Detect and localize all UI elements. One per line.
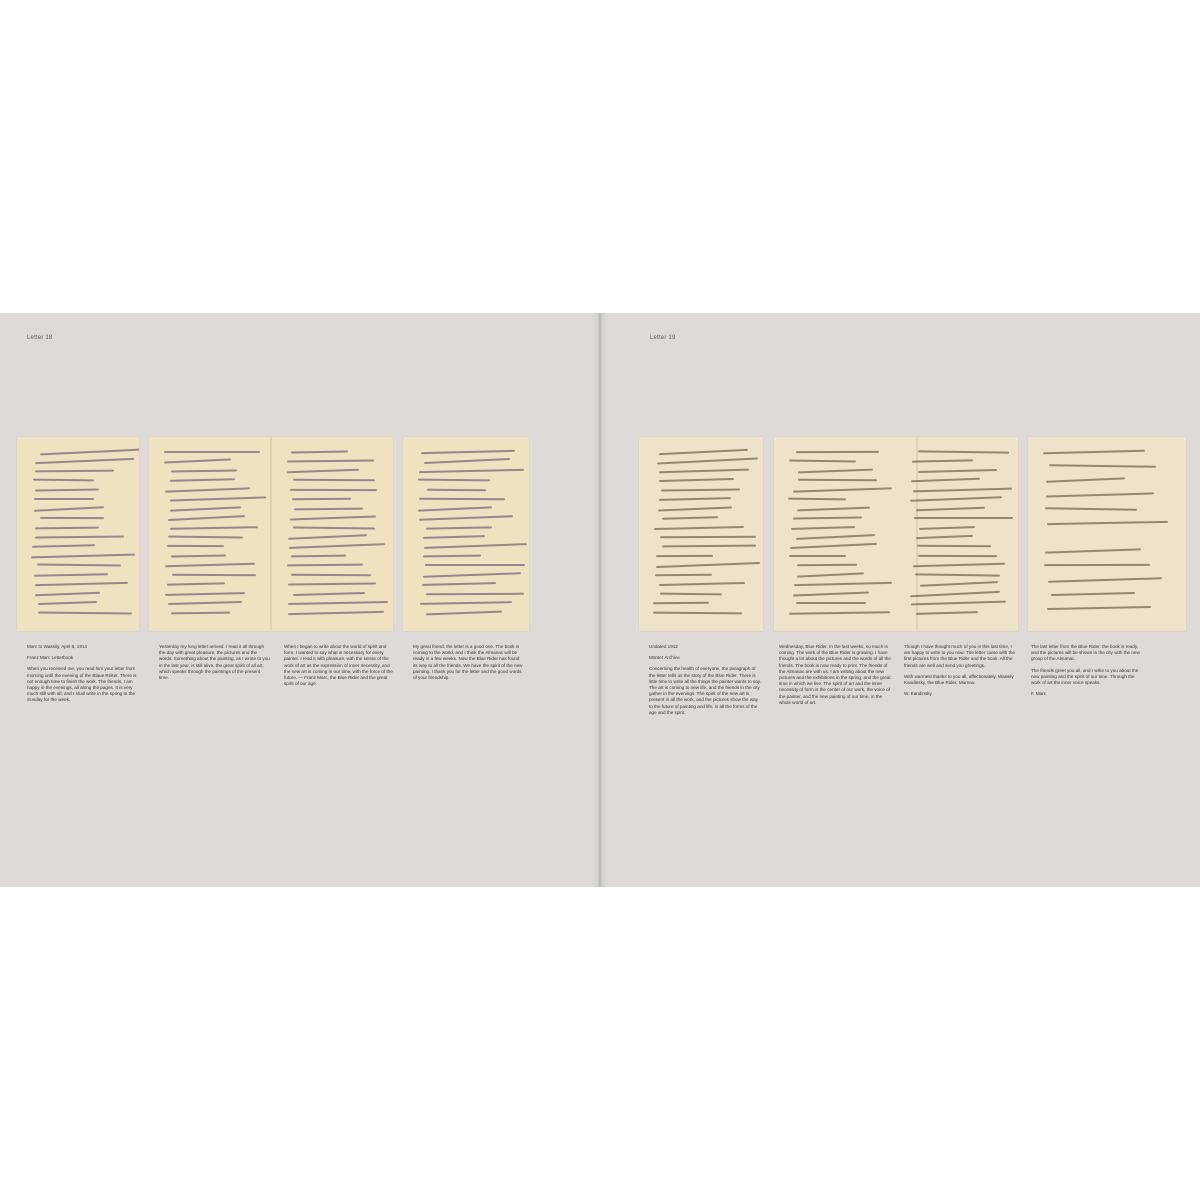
handwriting-stroke xyxy=(424,458,510,464)
manuscript-plate-right-3 xyxy=(1028,437,1186,631)
handwriting-stroke xyxy=(660,592,722,595)
handwriting-stroke xyxy=(653,611,742,614)
handwriting-stroke xyxy=(654,525,744,529)
handwriting-stroke xyxy=(919,526,975,530)
caption-right-1: Undated 1912 Münter Archive Concerning t… xyxy=(649,644,761,721)
handwriting-stroke xyxy=(168,601,242,605)
handwriting-stroke xyxy=(288,534,367,539)
manuscript-plate-left-2 xyxy=(149,437,393,631)
handwriting-stroke xyxy=(35,488,99,491)
handwriting-stroke xyxy=(916,506,985,511)
manuscript-plate-left-3 xyxy=(403,437,529,631)
handwriting-stroke xyxy=(289,544,385,550)
handwriting-stroke xyxy=(918,450,1009,453)
handwriting-stroke xyxy=(423,555,481,558)
handwriting-stroke xyxy=(291,574,371,576)
handwriting-stroke xyxy=(791,526,855,530)
handwriting-stroke xyxy=(171,554,226,557)
page-fold xyxy=(916,437,918,631)
handwriting-stroke xyxy=(796,602,866,604)
handwriting-stroke xyxy=(655,574,712,576)
handwriting-stroke xyxy=(916,611,979,615)
handwriting-stroke xyxy=(910,496,1002,501)
running-head-left: Letter 18 xyxy=(27,335,52,341)
handwriting-stroke xyxy=(1044,564,1150,566)
handwriting-stroke xyxy=(659,449,747,455)
handwriting-stroke xyxy=(1043,450,1145,455)
caption-body: Concerning the health of everyone, the p… xyxy=(649,666,761,716)
handwriting-stroke xyxy=(917,545,991,548)
book-spread: Letter 18 Marc to Wassily, April 6, 1914… xyxy=(0,313,1200,887)
handwriting-stroke xyxy=(422,582,496,586)
handwriting-stroke xyxy=(419,601,511,605)
handwriting-stroke xyxy=(35,591,100,596)
handwriting-stroke xyxy=(35,526,99,529)
handwriting-stroke xyxy=(291,451,348,454)
handwriting-stroke xyxy=(424,564,524,566)
manuscript-plate-right-2 xyxy=(774,437,1018,631)
handwriting-stroke xyxy=(35,536,125,539)
handwriting-stroke xyxy=(916,535,973,539)
handwriting-stroke xyxy=(789,611,890,615)
handwriting-stroke xyxy=(910,590,1000,596)
handwriting-stroke xyxy=(426,610,502,615)
handwriting-stroke xyxy=(419,498,505,500)
handwriting-stroke xyxy=(170,479,235,483)
handwriting-stroke xyxy=(418,506,492,511)
caption-left-3: When I began to write about the world of… xyxy=(284,644,396,692)
caption-source: Münter Archive xyxy=(649,655,761,661)
handwriting-stroke xyxy=(794,582,892,586)
handwriting-stroke xyxy=(32,545,95,549)
handwriting-stroke xyxy=(788,498,846,501)
handwriting-stroke xyxy=(1047,606,1151,610)
handwriting-stroke xyxy=(164,451,260,453)
handwriting-stroke xyxy=(290,489,377,491)
caption-signature: F. Marc xyxy=(1031,691,1143,697)
caption-source: Franz Marc Letterbook xyxy=(27,655,139,661)
handwriting-stroke xyxy=(790,543,876,549)
handwriting-stroke xyxy=(169,526,257,530)
handwriting-stroke xyxy=(170,497,266,502)
handwriting-stroke xyxy=(793,487,892,492)
caption-right-3: Though I have thought much of you in thi… xyxy=(904,644,1016,702)
handwriting-stroke xyxy=(171,611,230,614)
handwriting-stroke xyxy=(33,479,94,482)
handwriting-stroke xyxy=(171,469,237,472)
handwriting-stroke xyxy=(911,601,1006,606)
handwriting-stroke xyxy=(912,460,973,463)
handwriting-stroke xyxy=(659,478,734,482)
handwriting-stroke xyxy=(294,507,363,510)
caption-date: Undated 1912 xyxy=(649,644,761,650)
handwriting-stroke xyxy=(793,591,869,596)
caption-right-4: The last letter from the Blue Rider: the… xyxy=(1031,644,1143,702)
caption-left-4: My great friend, the letter is a good on… xyxy=(413,644,525,686)
handwriting-stroke xyxy=(427,488,486,491)
handwriting-stroke xyxy=(796,534,875,540)
handwriting-stroke xyxy=(288,610,384,614)
running-head-right: Letter 19 xyxy=(650,335,675,341)
handwriting-stroke xyxy=(164,459,231,464)
handwriting-stroke xyxy=(168,515,245,521)
caption-right-2: Wednesday, Blue Rider. In the last weeks… xyxy=(779,644,891,711)
caption-left-1: Marc to Wassily, April 6, 1914 Franz Mar… xyxy=(27,644,139,709)
handwriting-stroke xyxy=(34,573,108,577)
handwriting-stroke xyxy=(291,554,346,557)
handwriting-stroke xyxy=(34,498,94,500)
handwriting-stroke xyxy=(653,602,709,605)
handwriting-stroke xyxy=(35,582,128,586)
handwriting-stroke xyxy=(34,506,104,511)
handwriting-stroke xyxy=(1046,478,1125,483)
handwriting-stroke xyxy=(287,469,359,474)
handwriting-stroke xyxy=(662,545,756,548)
caption-body: Wednesday, Blue Rider. In the last weeks… xyxy=(779,644,891,706)
handwriting-stroke xyxy=(913,563,1005,567)
handwriting-stroke xyxy=(40,449,139,456)
handwriting-stroke xyxy=(793,517,862,520)
handwriting-stroke xyxy=(426,592,524,594)
handwriting-stroke xyxy=(167,545,224,547)
handwriting-stroke xyxy=(798,479,877,482)
handwriting-stroke xyxy=(656,562,760,568)
manuscript-plate-left-1 xyxy=(17,437,139,631)
handwriting-stroke xyxy=(1047,521,1168,525)
handwriting-stroke xyxy=(1045,549,1141,554)
caption-body: Yesterday my long letter arrived. I read… xyxy=(159,644,271,681)
handwriting-stroke xyxy=(1049,464,1156,467)
handwriting-stroke xyxy=(35,470,114,473)
handwriting-stroke xyxy=(797,564,857,567)
handwriting-stroke xyxy=(170,506,241,511)
handwriting-stroke xyxy=(913,487,1012,492)
handwriting-stroke xyxy=(789,460,856,463)
handwriting-stroke xyxy=(796,451,879,453)
handwriting-stroke xyxy=(293,526,375,529)
handwriting-stroke xyxy=(797,572,864,577)
handwriting-stroke xyxy=(798,469,873,474)
handwriting-stroke xyxy=(288,583,376,586)
caption-extra: With warmest thanks to you all, affectio… xyxy=(904,674,1016,686)
caption-signature: W. Kandinsky xyxy=(904,691,1016,697)
handwriting-stroke xyxy=(38,601,97,605)
handwriting-stroke xyxy=(293,479,375,481)
handwriting-stroke xyxy=(659,582,745,586)
handwriting-stroke xyxy=(288,601,388,605)
handwriting-stroke xyxy=(920,581,998,587)
handwriting-stroke xyxy=(1048,577,1162,583)
handwriting-stroke xyxy=(657,458,758,465)
caption-body: The last letter from the Blue Rider: the… xyxy=(1031,644,1143,663)
handwriting-stroke xyxy=(419,469,524,473)
handwriting-stroke xyxy=(1051,592,1135,596)
caption-date: Marc to Wassily, April 6, 1914 xyxy=(27,644,139,650)
handwriting-stroke xyxy=(423,572,521,577)
caption-body: My great friend, the letter is a good on… xyxy=(413,644,525,681)
book-gutter xyxy=(592,313,608,887)
caption-body: When you received me, you read him your … xyxy=(27,666,139,703)
caption-body: When I began to write about the world of… xyxy=(284,644,396,687)
handwriting-stroke xyxy=(789,555,846,557)
handwriting-stroke xyxy=(911,478,980,483)
handwriting-stroke xyxy=(662,516,718,519)
handwriting-stroke xyxy=(165,592,245,596)
handwriting-stroke xyxy=(293,592,365,596)
handwriting-stroke xyxy=(797,506,870,511)
handwriting-stroke xyxy=(1045,507,1137,510)
handwriting-stroke xyxy=(40,517,104,519)
handwriting-stroke xyxy=(418,479,490,482)
handwriting-stroke xyxy=(918,469,997,473)
handwriting-stroke xyxy=(287,564,363,567)
handwriting-stroke xyxy=(292,498,351,501)
handwriting-stroke xyxy=(656,555,713,557)
handwriting-stroke xyxy=(38,611,132,614)
handwriting-stroke xyxy=(37,564,121,567)
handwriting-stroke xyxy=(290,516,376,521)
handwriting-stroke xyxy=(165,487,250,492)
handwriting-stroke xyxy=(915,573,1000,576)
handwriting-stroke xyxy=(660,536,756,538)
handwriting-stroke xyxy=(165,563,255,568)
handwriting-stroke xyxy=(421,450,515,454)
handwriting-stroke xyxy=(35,458,134,464)
caption-body: Though I have thought much of you in thi… xyxy=(904,644,1016,669)
handwriting-stroke xyxy=(167,583,225,586)
handwriting-stroke xyxy=(168,535,243,538)
caption-extra: The friends greet you all, and I write t… xyxy=(1031,668,1143,687)
handwriting-stroke xyxy=(918,555,997,557)
handwriting-stroke xyxy=(419,515,513,521)
handwriting-stroke xyxy=(287,460,374,463)
handwriting-stroke xyxy=(426,526,492,529)
handwriting-stroke xyxy=(31,553,135,558)
handwriting-stroke xyxy=(424,544,527,550)
handwriting-stroke xyxy=(658,506,732,511)
page-fold xyxy=(270,437,272,631)
handwriting-stroke xyxy=(659,497,731,501)
handwriting-stroke xyxy=(914,517,1013,519)
handwriting-stroke xyxy=(661,488,740,491)
handwriting-stroke xyxy=(1046,492,1154,497)
handwriting-stroke xyxy=(423,535,485,539)
caption-left-2: Yesterday my long letter arrived. I read… xyxy=(159,644,271,686)
handwriting-stroke xyxy=(659,469,749,474)
handwriting-stroke xyxy=(172,573,256,576)
manuscript-plate-right-1 xyxy=(639,437,763,631)
